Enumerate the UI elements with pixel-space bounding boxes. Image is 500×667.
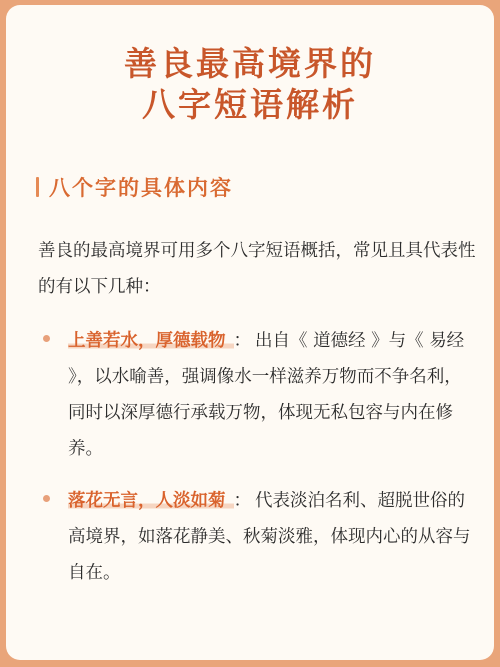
section-title: 八个字的具体内容 bbox=[49, 172, 233, 202]
section-heading: 八个字的具体内容 bbox=[36, 173, 233, 201]
intro-paragraph: 善良的最高境界可用多个八字短语概括，常见且具代表性的有以下几种： bbox=[38, 233, 478, 305]
list-item-text: 上善若水，厚德载物：出自《 道德经 》与《 易经 》，以水喻善，强调像水一样滋养… bbox=[68, 323, 478, 467]
separator: ： bbox=[234, 331, 252, 351]
list-item-text: 落花无言，人淡如菊：代表淡泊名利、超脱世俗的高境界，如落花静美、秋菊淡雅，体现内… bbox=[68, 483, 478, 591]
list-item: 上善若水，厚德载物：出自《 道德经 》与《 易经 》，以水喻善，强调像水一样滋养… bbox=[38, 323, 478, 467]
content-card: 善良最高境界的 八字短语解析 八个字的具体内容 善良的最高境界可用多个八字短语概… bbox=[6, 5, 494, 660]
section-bar-icon bbox=[36, 177, 39, 197]
page-title-line-2: 八字短语解析 bbox=[6, 85, 494, 125]
bullet-dot-icon bbox=[43, 495, 50, 502]
bullet-dot-icon bbox=[43, 335, 50, 342]
highlighted-phrase: 上善若水，厚德载物 bbox=[68, 331, 234, 351]
list-item: 落花无言，人淡如菊：代表淡泊名利、超脱世俗的高境界，如落花静美、秋菊淡雅，体现内… bbox=[38, 483, 478, 591]
separator: ： bbox=[234, 491, 252, 511]
highlighted-phrase: 落花无言，人淡如菊 bbox=[68, 491, 234, 511]
page-title-line-1: 善良最高境界的 bbox=[6, 44, 494, 84]
